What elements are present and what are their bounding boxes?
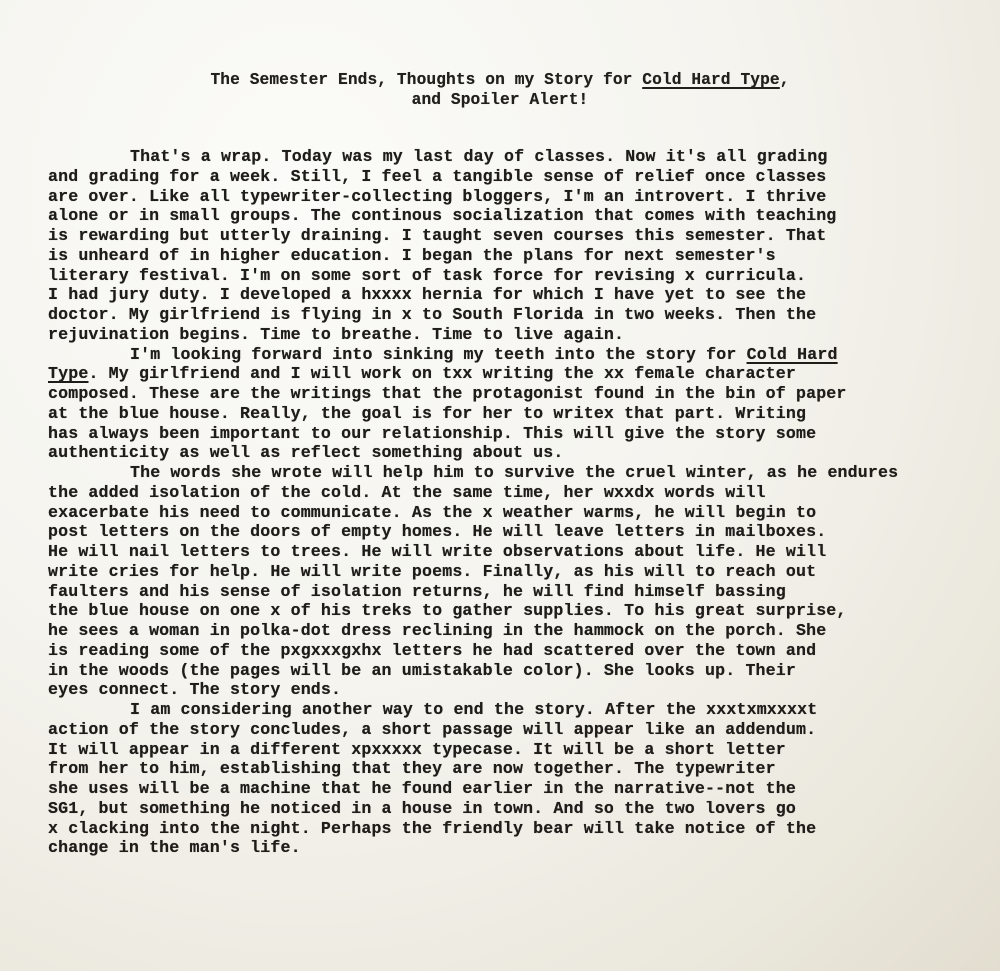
publication-title-part-2: Type [48,364,88,383]
paragraph-2-line-4: at the blue house. Really, the goal is f… [44,404,984,424]
title-underlined-publication: Cold Hard Type [642,71,779,89]
paragraph-3-line-4: post letters on the doors of empty homes… [44,522,984,542]
paragraph-1-line-5: is rewarding but utterly draining. I tau… [44,226,984,246]
paragraph-2-line-6: authenticity as well as reflect somethin… [44,443,984,463]
paragraph-3-line-9: he sees a woman in polka-dot dress recli… [44,621,984,641]
paragraph-1-line-2: and grading for a week. Still, I feel a … [44,167,984,187]
paragraph-4-line-7: x clacking into the night. Perhaps the f… [44,819,984,839]
document-title: The Semester Ends, Thoughts on my Story … [0,70,1000,110]
paragraph-3-line-3: exacerbate his need to communicate. As t… [44,503,984,523]
paragraph-2-line-1: I'm looking forward into sinking my teet… [44,345,984,365]
publication-title-part-1: Cold Hard [747,345,838,364]
paragraph-4-line-3: It will appear in a different xpxxxxx ty… [44,740,984,760]
paragraph-4-line-8: change in the man's life. [44,838,984,858]
title-comma: , [780,71,790,89]
paragraph-1-line-6: is unheard of in higher education. I beg… [44,246,984,266]
paragraph-2-line-2: Type. My girlfriend and I will work on t… [44,364,984,384]
paragraph-3-line-1: The words she wrote will help him to sur… [44,463,984,483]
paragraph-1-line-8: I had jury duty. I developed a hxxxx her… [44,285,984,305]
typewritten-page: The Semester Ends, Thoughts on my Story … [0,0,1000,971]
paragraph-4-line-6: SG1, but something he noticed in a house… [44,799,984,819]
paragraph-1-line-3: are over. Like all typewriter-collecting… [44,187,984,207]
paragraph-1-line-10: rejuvination begins. Time to breathe. Ti… [44,325,984,345]
document-body: That's a wrap. Today was my last day of … [44,147,984,858]
paragraph-2-text: I'm looking forward into sinking my teet… [130,345,747,364]
paragraph-2-line-3: composed. These are the writings that th… [44,384,984,404]
paragraph-1-line-4: alone or in small groups. The continous … [44,206,984,226]
paragraph-4-line-4: from her to him, establishing that they … [44,759,984,779]
title-line-2: and Spoiler Alert! [0,90,1000,110]
paragraph-2-line-5: has always been important to our relatio… [44,424,984,444]
paragraph-3-line-2: the added isolation of the cold. At the … [44,483,984,503]
paragraph-3-line-6: write cries for help. He will write poem… [44,562,984,582]
paragraph-1-line-7: literary festival. I'm on some sort of t… [44,266,984,286]
paragraph-1-line-1: That's a wrap. Today was my last day of … [44,147,984,167]
paragraph-3-line-12: eyes connect. The story ends. [44,680,984,700]
paragraph-3-line-8: the blue house on one x of his treks to … [44,601,984,621]
paragraph-4-line-2: action of the story concludes, a short p… [44,720,984,740]
title-line-1: The Semester Ends, Thoughts on my Story … [0,70,1000,90]
paragraph-4-line-5: she uses will be a machine that he found… [44,779,984,799]
paragraph-3-line-5: He will nail letters to trees. He will w… [44,542,984,562]
paragraph-1-line-9: doctor. My girlfriend is flying in x to … [44,305,984,325]
paragraph-2-text: . My girlfriend and I will work on txx w… [88,364,796,383]
paragraph-3-line-10: is reading some of the pxgxxxgxhx letter… [44,641,984,661]
paragraph-3-line-7: faulters and his sense of isolation retu… [44,582,984,602]
paragraph-3-line-11: in the woods (the pages will be an umist… [44,661,984,681]
paragraph-4-line-1: I am considering another way to end the … [44,700,984,720]
title-text: The Semester Ends, Thoughts on my Story … [210,71,642,89]
